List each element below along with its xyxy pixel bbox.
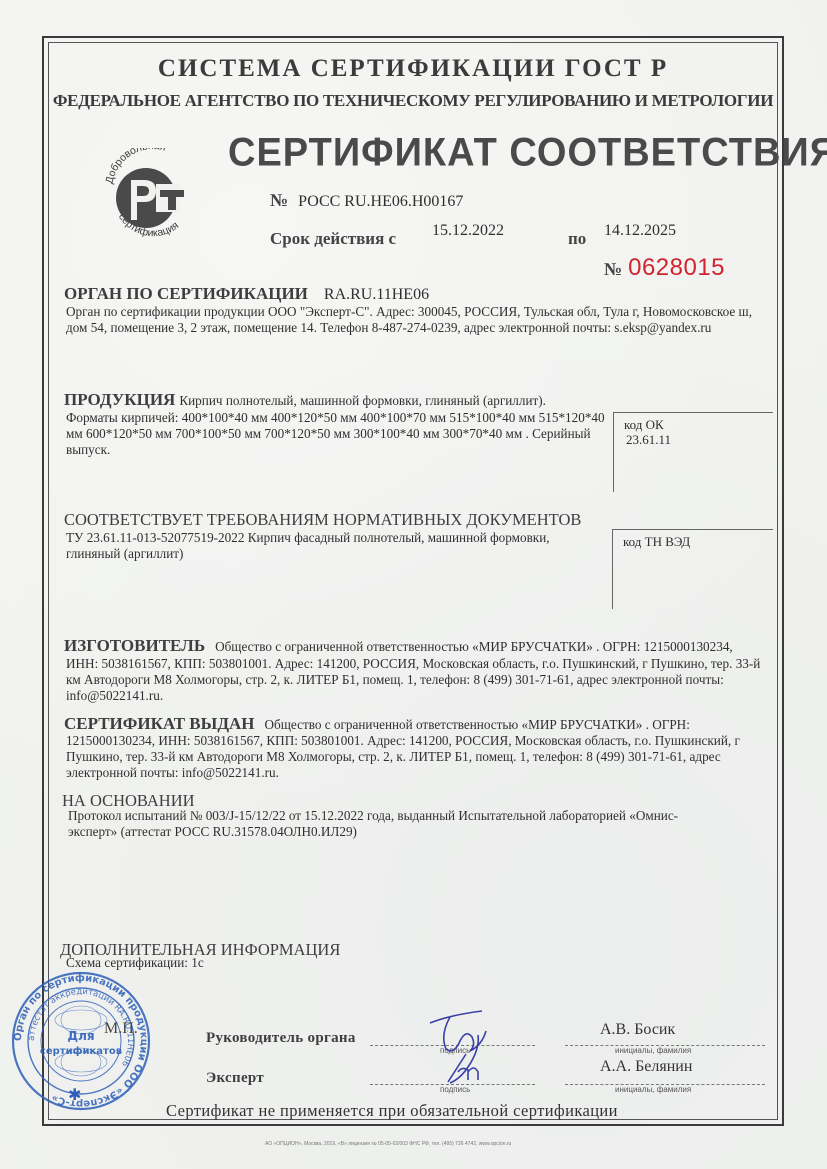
ok-code-label: код ОК	[624, 417, 773, 432]
issued-to-details: 1215000130234, ИНН: 5038161567, КПП: 503…	[66, 733, 776, 781]
manufacturer-details: ИНН: 5038161567, КПП: 503801001. Адрес: …	[66, 656, 776, 704]
product-section: ПРОДУКЦИЯ Кирпич полнотелый, машинной фо…	[64, 390, 624, 410]
valid-to-label: по	[568, 229, 586, 249]
seal-place-label: М.П.	[104, 1020, 138, 1038]
certification-body-details: Орган по сертификации продукции ООО "Экс…	[66, 304, 772, 336]
issued-to-name: Общество с ограниченной ответственностью…	[265, 717, 690, 732]
expert-name: А.А. Белянин	[600, 1058, 692, 1076]
valid-from-date: 15.12.2022	[432, 222, 504, 240]
serial-number-sign: №	[604, 259, 622, 279]
validity-label: Срок действия с	[270, 229, 396, 249]
product-name: Кирпич полнотелый, машинной формовки, гл…	[179, 393, 546, 408]
product-details: Форматы кирпичей: 400*100*40 мм 400*120*…	[66, 410, 606, 458]
blank-serial-number: №0628015	[604, 254, 725, 282]
product-heading: ПРОДУКЦИЯ	[64, 390, 175, 409]
normative-docs-heading: СООТВЕТСТВУЕТ ТРЕБОВАНИЯМ НОРМАТИВНЫХ ДО…	[64, 510, 581, 530]
serial-number: 0628015	[628, 254, 725, 281]
head-of-body-label: Руководитель органа	[206, 1030, 356, 1047]
normative-docs-text: ТУ 23.61.11-013-52077519-2022 Кирпич фас…	[66, 530, 606, 562]
registration-number-row: №РОСС RU.НЕ06.Н00167	[270, 190, 463, 211]
tnved-code-label: код ТН ВЭД	[623, 534, 773, 549]
basis-text: Протокол испытаний № 003/J-15/12/22 от 1…	[68, 808, 708, 840]
issued-to-heading-row: СЕРТИФИКАТ ВЫДАН Общество с ограниченной…	[64, 714, 690, 734]
rst-logo-icon: Добровольная сертификация	[98, 148, 208, 240]
svg-text:Для: Для	[67, 1029, 94, 1043]
head-name-caption: инициалы, фамилия	[615, 1046, 691, 1055]
certification-body-stamp: Орган по сертификации продукции ООО «Экс…	[10, 970, 152, 1112]
agency-name: ФЕДЕРАЛЬНОЕ АГЕНТСТВО ПО ТЕХНИЧЕСКОМУ РЕ…	[48, 91, 778, 111]
ok-code-value: 23.61.11	[624, 432, 773, 447]
ok-code-box: код ОК 23.61.11	[613, 412, 773, 492]
certification-scheme: Схема сертификации: 1с	[66, 955, 204, 971]
svg-text:сертификатов: сертификатов	[40, 1045, 122, 1057]
manufacturer-heading: ИЗГОТОВИТЕЛЬ	[64, 636, 205, 655]
tnved-code-box: код ТН ВЭД	[612, 529, 773, 609]
svg-text:✱: ✱	[68, 1085, 81, 1104]
expert-label: Эксперт	[206, 1070, 264, 1087]
valid-to-date: 14.12.2025	[604, 222, 676, 240]
expert-signature-icon	[440, 1052, 490, 1087]
certification-body-code: RA.RU.11НЕ06	[324, 286, 429, 303]
issued-to-heading: СЕРТИФИКАТ ВЫДАН	[64, 714, 255, 733]
printer-imprint: АО «ОПЦИОН», Москва, 2019, «В» лицензия …	[265, 1141, 511, 1147]
head-name: А.В. Босик	[600, 1021, 675, 1039]
system-title: СИСТЕМА СЕРТИФИКАЦИИ ГОСТ Р	[48, 55, 778, 83]
manufacturer-name: Общество с ограниченной ответственностью…	[215, 639, 733, 654]
expert-name-caption: инициалы, фамилия	[615, 1085, 691, 1094]
voluntary-disclaimer: Сертификат не применяется при обязательн…	[166, 1101, 618, 1121]
certification-body-heading-row: ОРГАН ПО СЕРТИФИКАЦИИRA.RU.11НЕ06	[64, 284, 429, 304]
document-title: СЕРТИФИКАТ СООТВЕТСТВИЯ	[228, 131, 827, 176]
number-sign: №	[270, 190, 288, 210]
certification-body-heading: ОРГАН ПО СЕРТИФИКАЦИИ	[64, 284, 308, 303]
manufacturer-heading-row: ИЗГОТОВИТЕЛЬ Общество с ограниченной отв…	[64, 636, 733, 656]
registration-number: РОСС RU.НЕ06.Н00167	[298, 193, 463, 210]
